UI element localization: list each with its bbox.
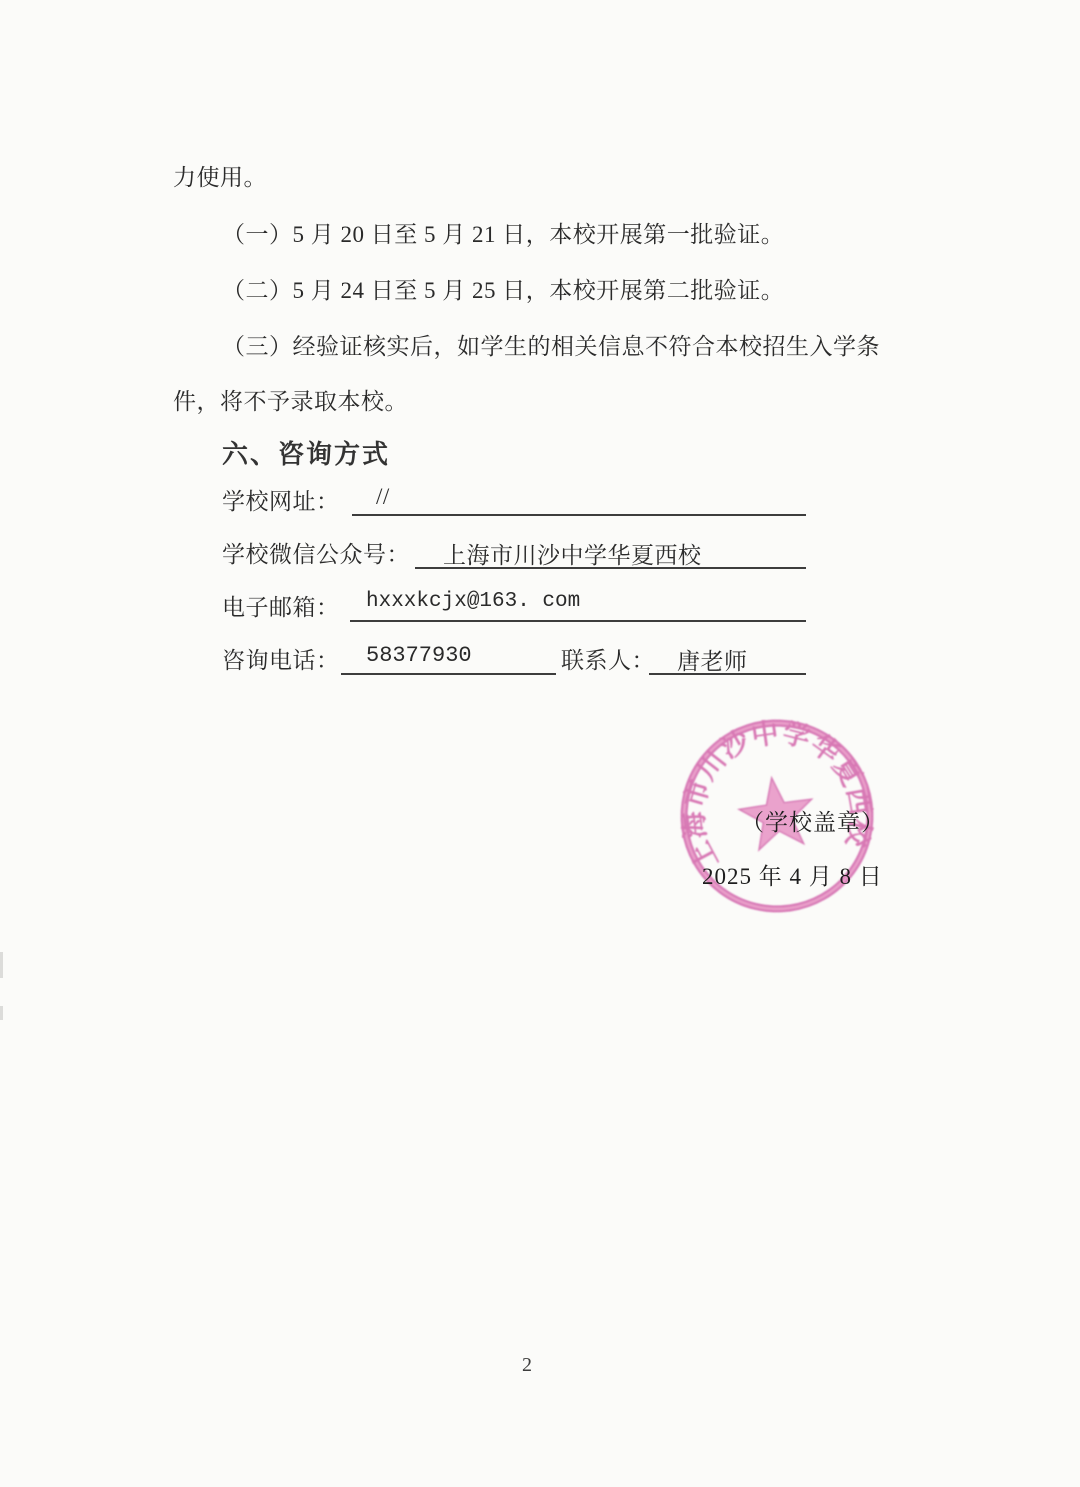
list-item-3-line1: （三）经验证核实后，如学生的相关信息不符合本校招生入学条 bbox=[222, 333, 880, 362]
field-value-contact: 唐老师 bbox=[649, 643, 806, 675]
field-value-website: // bbox=[352, 484, 806, 516]
paragraph-continuation: 力使用。 bbox=[173, 164, 267, 193]
stamp-caption: （学校盖章） bbox=[741, 804, 885, 837]
field-label-phone: 咨询电话： bbox=[222, 647, 340, 676]
section-heading: 六、咨询方式 bbox=[222, 438, 390, 471]
field-label-email: 电子邮箱： bbox=[222, 594, 340, 623]
field-value-email: hxxxkcjx@163. com bbox=[350, 590, 806, 622]
field-label-website: 学校网址： bbox=[222, 488, 340, 517]
field-value-phone: 58377930 bbox=[341, 643, 556, 675]
stamp-date: 2025 年 4 月 8 日 bbox=[702, 858, 883, 891]
list-item-3-line2: 件，将不予录取本校。 bbox=[173, 388, 408, 417]
list-item-2: （二）5 月 24 日至 5 月 25 日，本校开展第二批验证。 bbox=[222, 277, 784, 306]
scan-artifact bbox=[0, 952, 3, 978]
document-page: 力使用。 （一）5 月 20 日至 5 月 21 日，本校开展第一批验证。 （二… bbox=[0, 0, 1080, 1487]
field-label-contact: 联系人： bbox=[561, 647, 655, 676]
scan-artifact bbox=[0, 1006, 3, 1020]
field-value-wechat: 上海市川沙中学华夏西校 bbox=[415, 537, 806, 569]
field-label-wechat: 学校微信公众号： bbox=[222, 541, 410, 570]
page-number: 2 bbox=[505, 1354, 549, 1377]
list-item-1: （一）5 月 20 日至 5 月 21 日，本校开展第一批验证。 bbox=[222, 221, 784, 250]
